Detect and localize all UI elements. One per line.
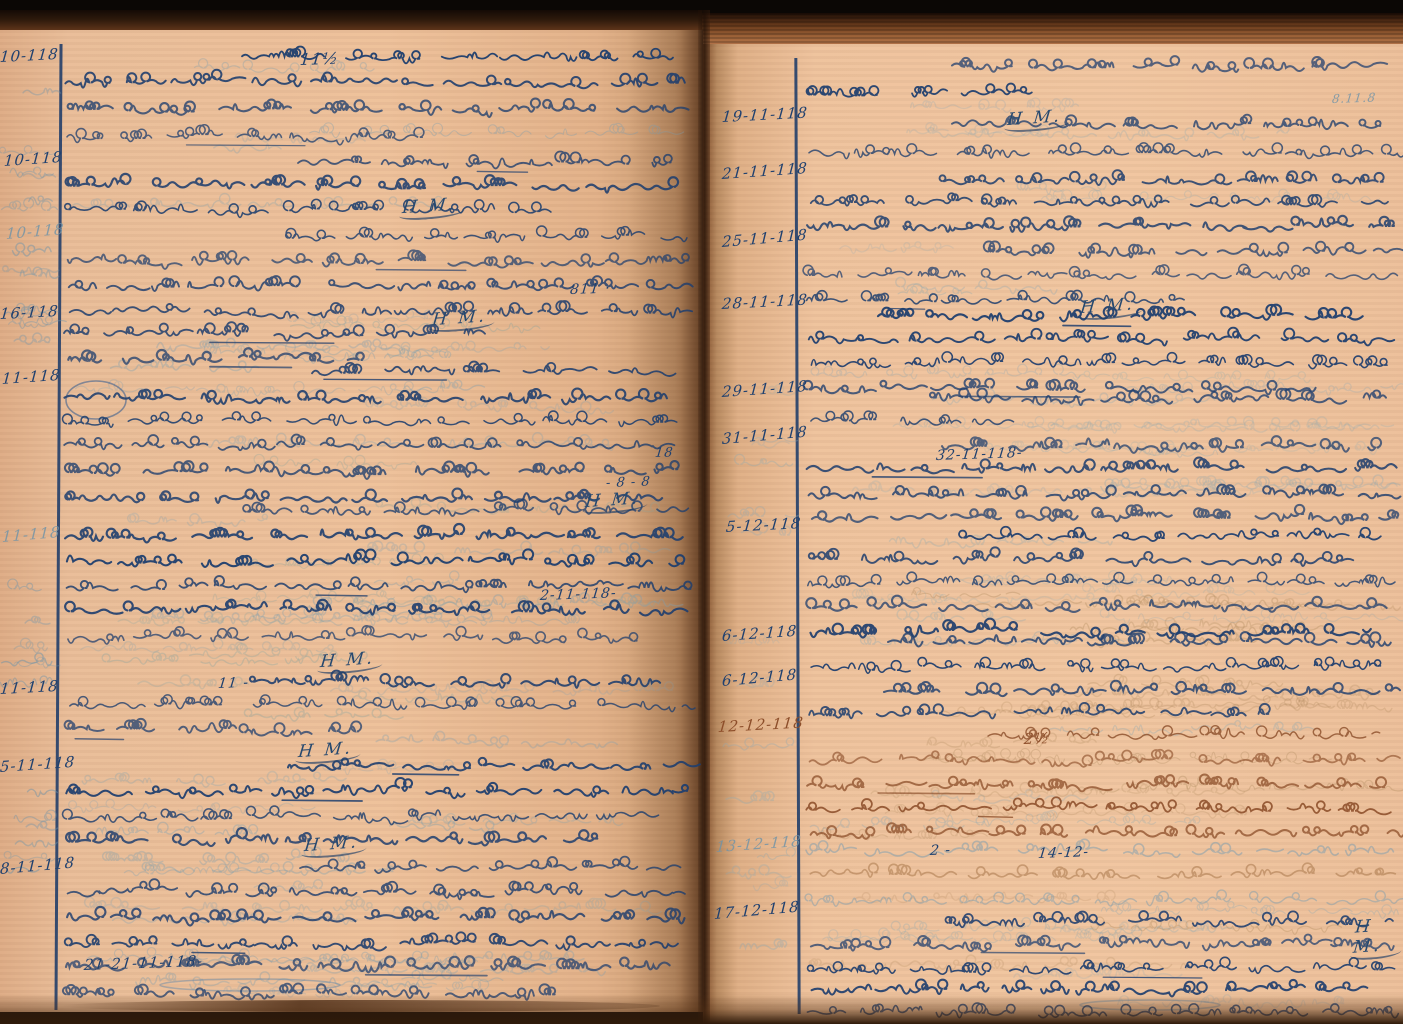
legible-token: 811 · [569,281,611,298]
margin-date: 12-12-118 [717,713,804,736]
margin-date: 21-11-118 [721,159,808,183]
margin-date: 29-11-118 [721,377,808,401]
margin-date: 13-12-118 [715,832,802,856]
hm-signature: H M. [399,194,466,222]
margin-date: 11-118 [0,677,60,698]
hm-signature: H M. [295,738,362,766]
hm-signature: H M. [1077,294,1144,322]
legible-token: 8.11.8 [1331,90,1377,106]
margin-date: 10-118 [3,148,63,170]
margin-date: 5-11-118 [0,753,76,776]
margin-date: 28-11-118 [721,290,808,313]
margin-date: 11-118 [2,523,62,546]
legible-token: 32-11-118- [935,445,1023,464]
margin-date: 11-118 [1,366,61,388]
margin-date: 6-12-118 [722,665,798,690]
margin-date: 16-118 [0,302,60,323]
margin-date: 19-11-118 [721,103,808,126]
legible-token: 14-12- [1037,844,1090,862]
legible-token: 18 [654,445,674,461]
hm-signature: H M. [582,488,649,516]
bottom-book-shadow [0,994,1403,1024]
margin-date: 5-12-118 [725,514,802,536]
margin-date: 8-11-118 [0,853,76,878]
hm-signature: H M. [1004,106,1071,134]
legible-token: 2½ [1023,729,1051,748]
margin-date: 10-118 [6,220,66,243]
hm-signature: H M. [1350,914,1403,961]
legible-token: 11½ [299,49,340,69]
legible-token: 21-21-11-118- [83,952,204,974]
legible-token: 2 - [929,842,952,859]
legible-text-layer: 10-11810-11810-11816-11811-11811-11811-1… [0,0,1403,1024]
hm-signature: H M. [429,306,496,334]
legible-token: 2-11-118- [539,585,617,604]
hm-signature: H M. [317,648,384,676]
diary-scan: 10-11810-11810-11816-11811-11811-11811-1… [0,0,1403,1024]
margin-date: 17-12-118 [714,897,801,923]
hm-signature: H M. [301,832,368,860]
margin-date: 10-118 [0,45,60,66]
margin-date: 6-12-118 [721,622,797,645]
margin-date: 31-11-118 [722,422,809,448]
legible-token: 11 - [217,675,250,692]
margin-date: 25-11-118 [722,225,809,251]
